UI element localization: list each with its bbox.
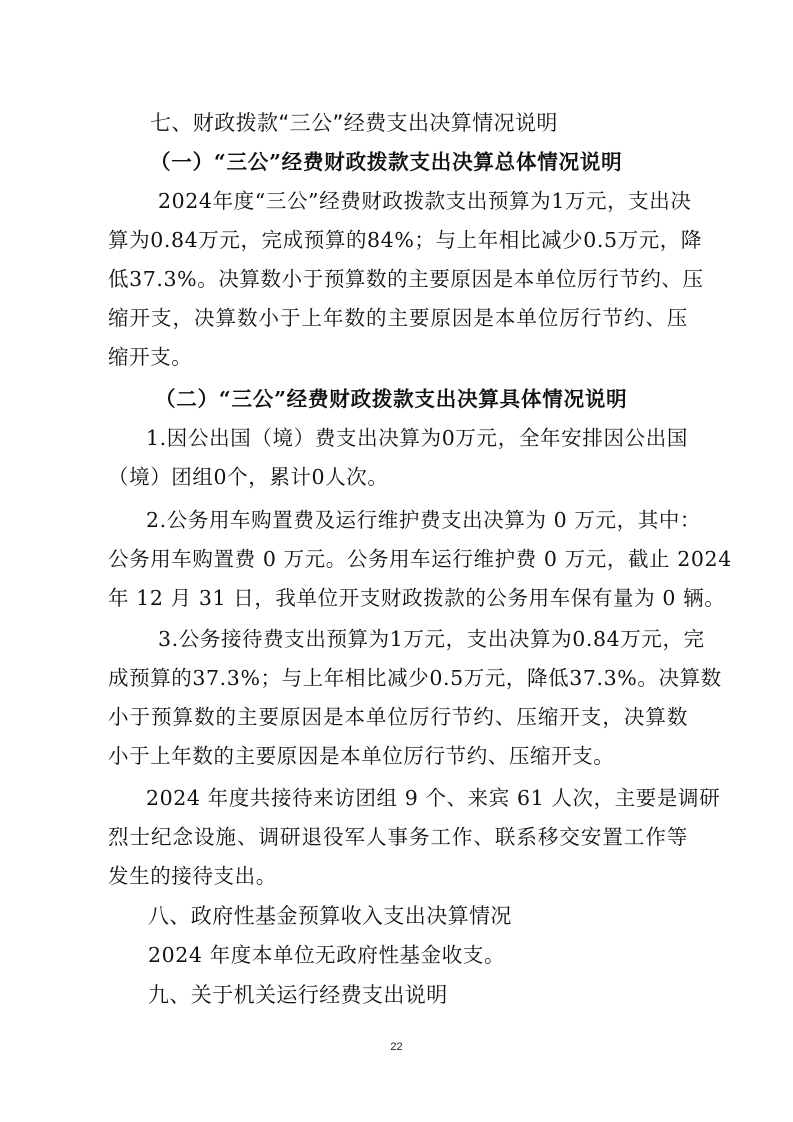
paragraph-line: 小于预算数的主要原因是本单位厉行节约、压缩开支，决算数 [108, 704, 688, 730]
page-number: 22 [0, 1041, 793, 1053]
paragraph-line: 小于上年数的主要原因是本单位厉行节约、压缩开支。 [108, 743, 688, 769]
paragraph-line: 缩开支，决算数小于上年数的主要原因是本单位厉行节约、压 [108, 305, 688, 331]
subsection-2-heading: （二）“三公”经费财政拨款支出决算具体情况说明 [155, 386, 735, 412]
subsection-1-heading: （一）“三公”经费财政拨款支出决算总体情况说明 [150, 149, 730, 175]
paragraph-line: 2024 年度本单位无政府性基金收支。 [148, 942, 728, 968]
paragraph-line: 2024 年度共接待来访团组 9 个、来宾 61 人次，主要是调研 [146, 785, 688, 811]
paragraph-line: 算为0.84万元，完成预算的84%；与上年相比减少0.5万元，降 [108, 227, 688, 253]
paragraph-line: 低37.3%。决算数小于预算数的主要原因是本单位厉行节约、压 [108, 266, 688, 292]
section-8-heading: 八、政府性基金预算收入支出决算情况 [148, 903, 728, 929]
document-page: 七、财政拨款“三公”经费支出决算情况说明 （一）“三公”经费财政拨款支出决算总体… [0, 0, 793, 1122]
section-7-heading: 七、财政拨款“三公”经费支出决算情况说明 [150, 110, 730, 136]
paragraph-line: 缩开支。 [108, 344, 688, 370]
section-9-heading: 九、关于机关运行经费支出说明 [148, 982, 728, 1008]
paragraph-line: 3.公务接待费支出预算为1万元，支出决算为0.84万元，完 [158, 626, 688, 652]
paragraph-line: 公务用车购置费 0 万元。公务用车运行维护费 0 万元，截止 2024 [108, 546, 688, 572]
paragraph-line: （境）团组0个，累计0人次。 [108, 464, 688, 490]
paragraph-line: 烈士纪念设施、调研退役军人事务工作、联系移交安置工作等 [108, 824, 688, 850]
paragraph-line: 年 12 月 31 日，我单位开支财政拨款的公务用车保有量为 0 辆。 [108, 585, 688, 611]
paragraph-line: 1.因公出国（境）费支出决算为0万元，全年安排因公出国 [146, 425, 688, 451]
paragraph-line: 2024年度“三公”经费财政拨款支出预算为1万元，支出决 [158, 188, 688, 214]
paragraph-line: 成预算的37.3%；与上年相比减少0.5万元，降低37.3%。决算数 [108, 665, 688, 691]
paragraph-line: 发生的接待支出。 [108, 863, 688, 889]
paragraph-line: 2.公务用车购置费及运行维护费支出决算为 0 万元，其中： [146, 507, 688, 533]
